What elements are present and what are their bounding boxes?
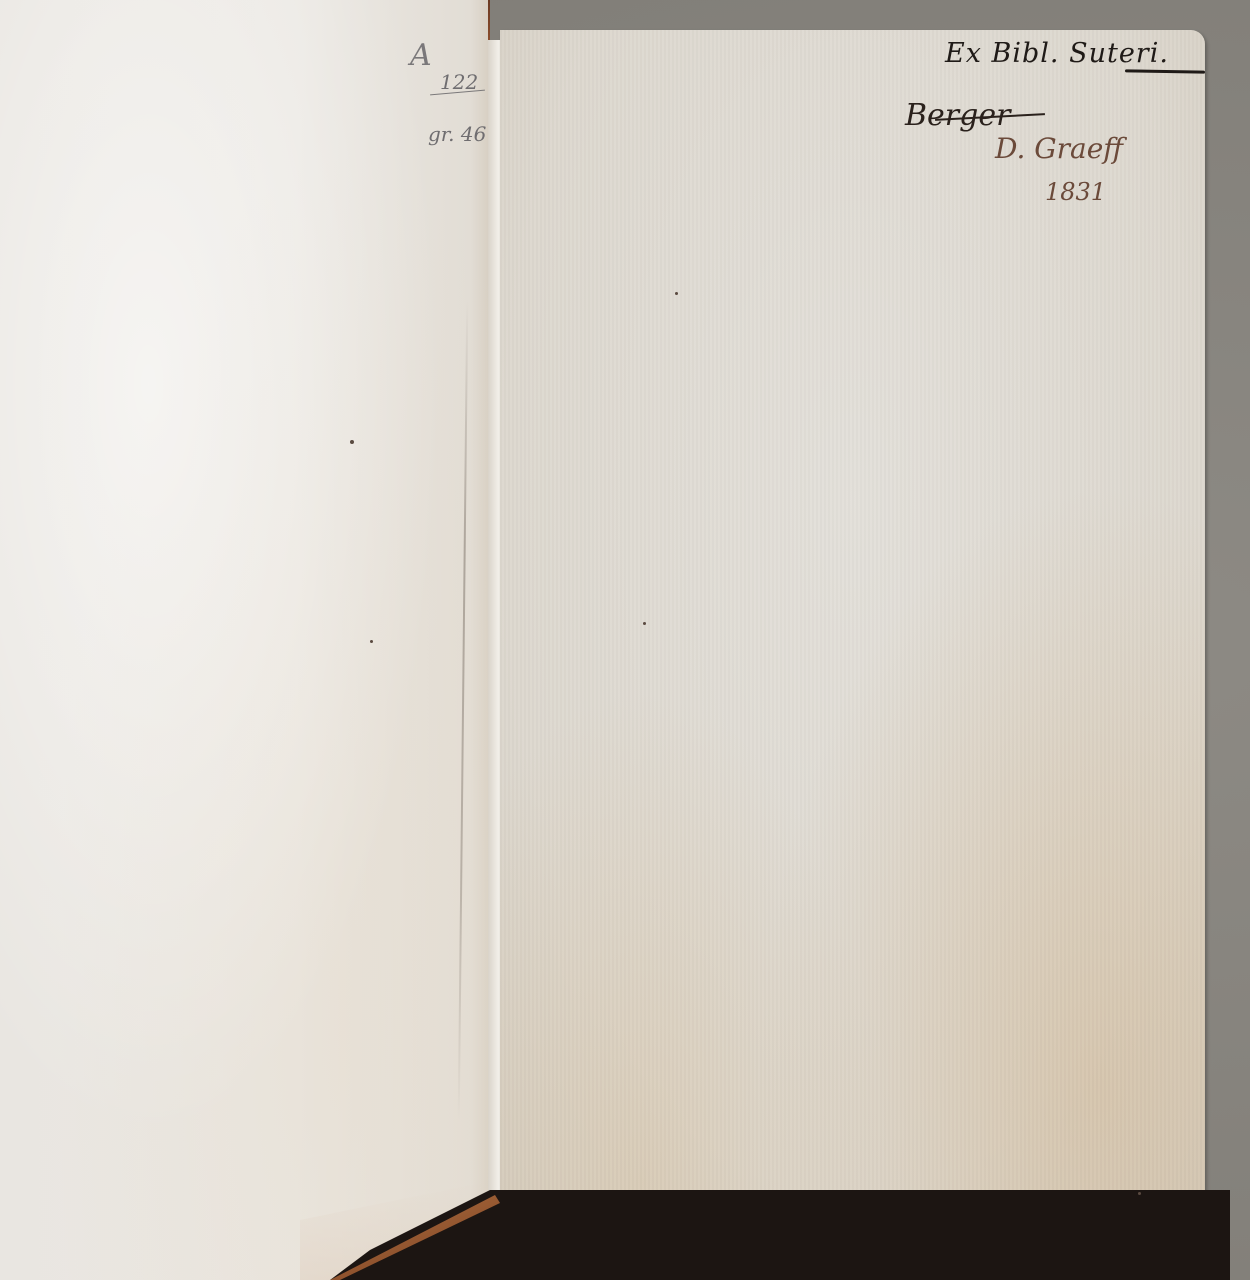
shelf-mark-initial: A [410, 38, 432, 73]
foxing-spot [370, 640, 373, 643]
owner-signature: D. Graeff [995, 132, 1123, 165]
shelf-code: gr. 46 [428, 122, 486, 146]
foxing-spot [675, 292, 678, 295]
foxing-spot [643, 622, 646, 625]
foxing-spot [1138, 1192, 1141, 1195]
provenance-inscription: Ex Bibl. Suteri. [945, 38, 1169, 69]
foxing-spot [350, 440, 354, 444]
inscription-year: 1831 [1045, 178, 1106, 206]
right-flyleaf [500, 30, 1205, 1205]
left-endpaper [0, 0, 495, 1280]
